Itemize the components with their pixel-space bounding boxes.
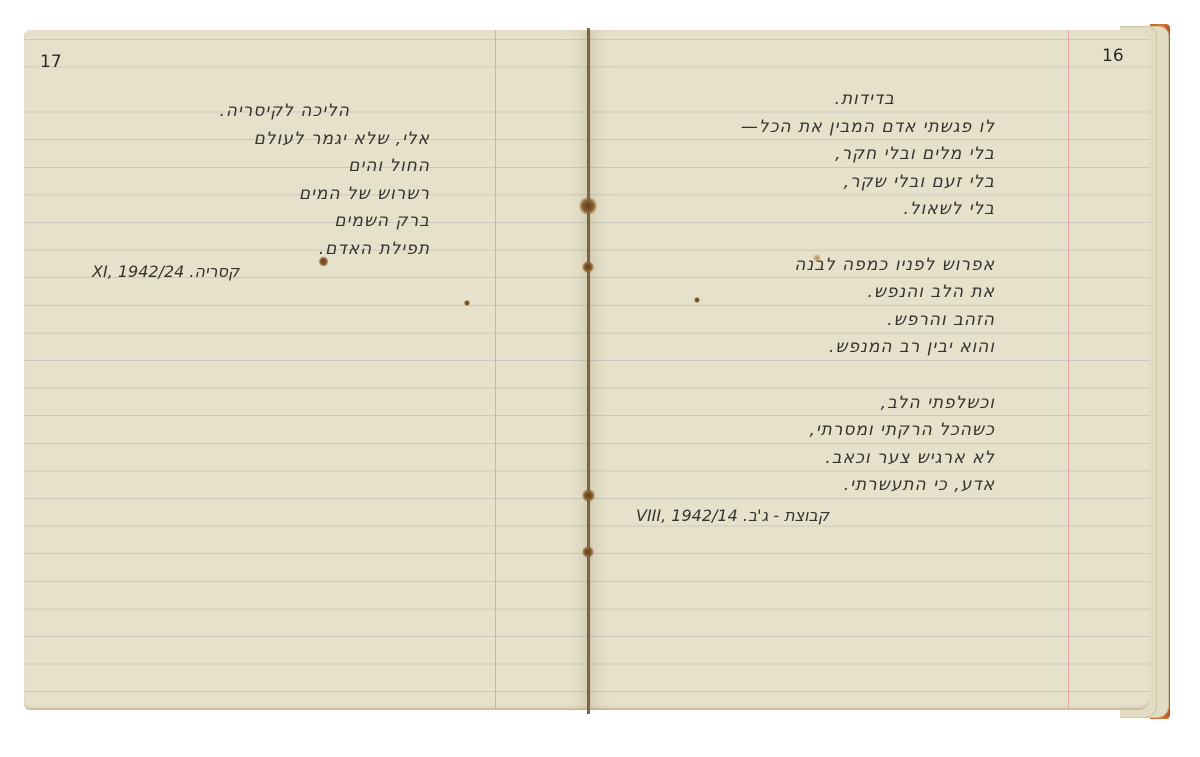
staple-stain — [579, 197, 597, 215]
poem-line: וכשלפתי הלב, — [741, 390, 995, 418]
staple-stain — [582, 261, 594, 273]
poem-line: והוא יבין רב המנפש. — [741, 334, 995, 362]
poem-halikha-lekesaria: הליכה לקיסריה. אלי, שלא יגמר לעולם החול … — [219, 98, 430, 264]
poem-line: רשרוש של המים — [219, 181, 430, 209]
staple-stain — [582, 546, 594, 558]
ink-stain — [464, 300, 470, 306]
margin-line — [1068, 30, 1069, 710]
ink-stain — [694, 297, 700, 303]
poem-line: אדע, כי התעשרתי. — [741, 472, 995, 500]
poem-signature-date: קבוצת - ג'ב. 14/VIII, 1942 — [636, 506, 829, 525]
stanza-gap — [741, 224, 995, 252]
ink-stain — [813, 254, 821, 262]
poem-line: החול והים — [219, 153, 430, 181]
poem-line: אלי, שלא יגמר לעולם — [219, 126, 430, 154]
poem-line: בלי לשאול. — [741, 196, 995, 224]
poem-line: אפרוש לפניו כמפה לבנה — [741, 252, 995, 280]
page-number-left: 17 — [40, 52, 62, 72]
poem-line: כשהכל הרקתי ומסרתי, — [741, 417, 995, 445]
poem-line: בלי זעם ובלי שקר, — [741, 169, 995, 197]
ink-stain — [319, 256, 328, 267]
staple-stain — [582, 489, 595, 502]
poem-line: את הלב והנפש. — [741, 279, 995, 307]
poem-line: לא ארגיש צער וכאב. — [741, 445, 995, 473]
poem-bdidut: בדידות. לו פגשתי אדם המבין את הכל— בלי מ… — [741, 86, 995, 500]
poem-line: בלי מלים ובלי חקר, — [741, 141, 995, 169]
page-number-right: 16 — [1102, 46, 1124, 66]
poem-title: הליכה לקיסריה. — [219, 98, 350, 126]
poem-signature-date: קסריה. 24/XI, 1942 — [92, 262, 239, 281]
margin-line — [495, 30, 496, 710]
notebook-spine — [587, 28, 590, 714]
stanza-gap — [741, 362, 995, 390]
open-notebook: 17 הליכה לקיסריה. אלי, שלא יגמר לעולם הח… — [0, 0, 1200, 757]
poem-line: לו פגשתי אדם המבין את הכל— — [741, 114, 995, 142]
poem-line: ברק השמים — [219, 208, 430, 236]
poem-line: הזהב והרפש. — [741, 307, 995, 335]
poem-title: בדידות. — [741, 86, 895, 114]
